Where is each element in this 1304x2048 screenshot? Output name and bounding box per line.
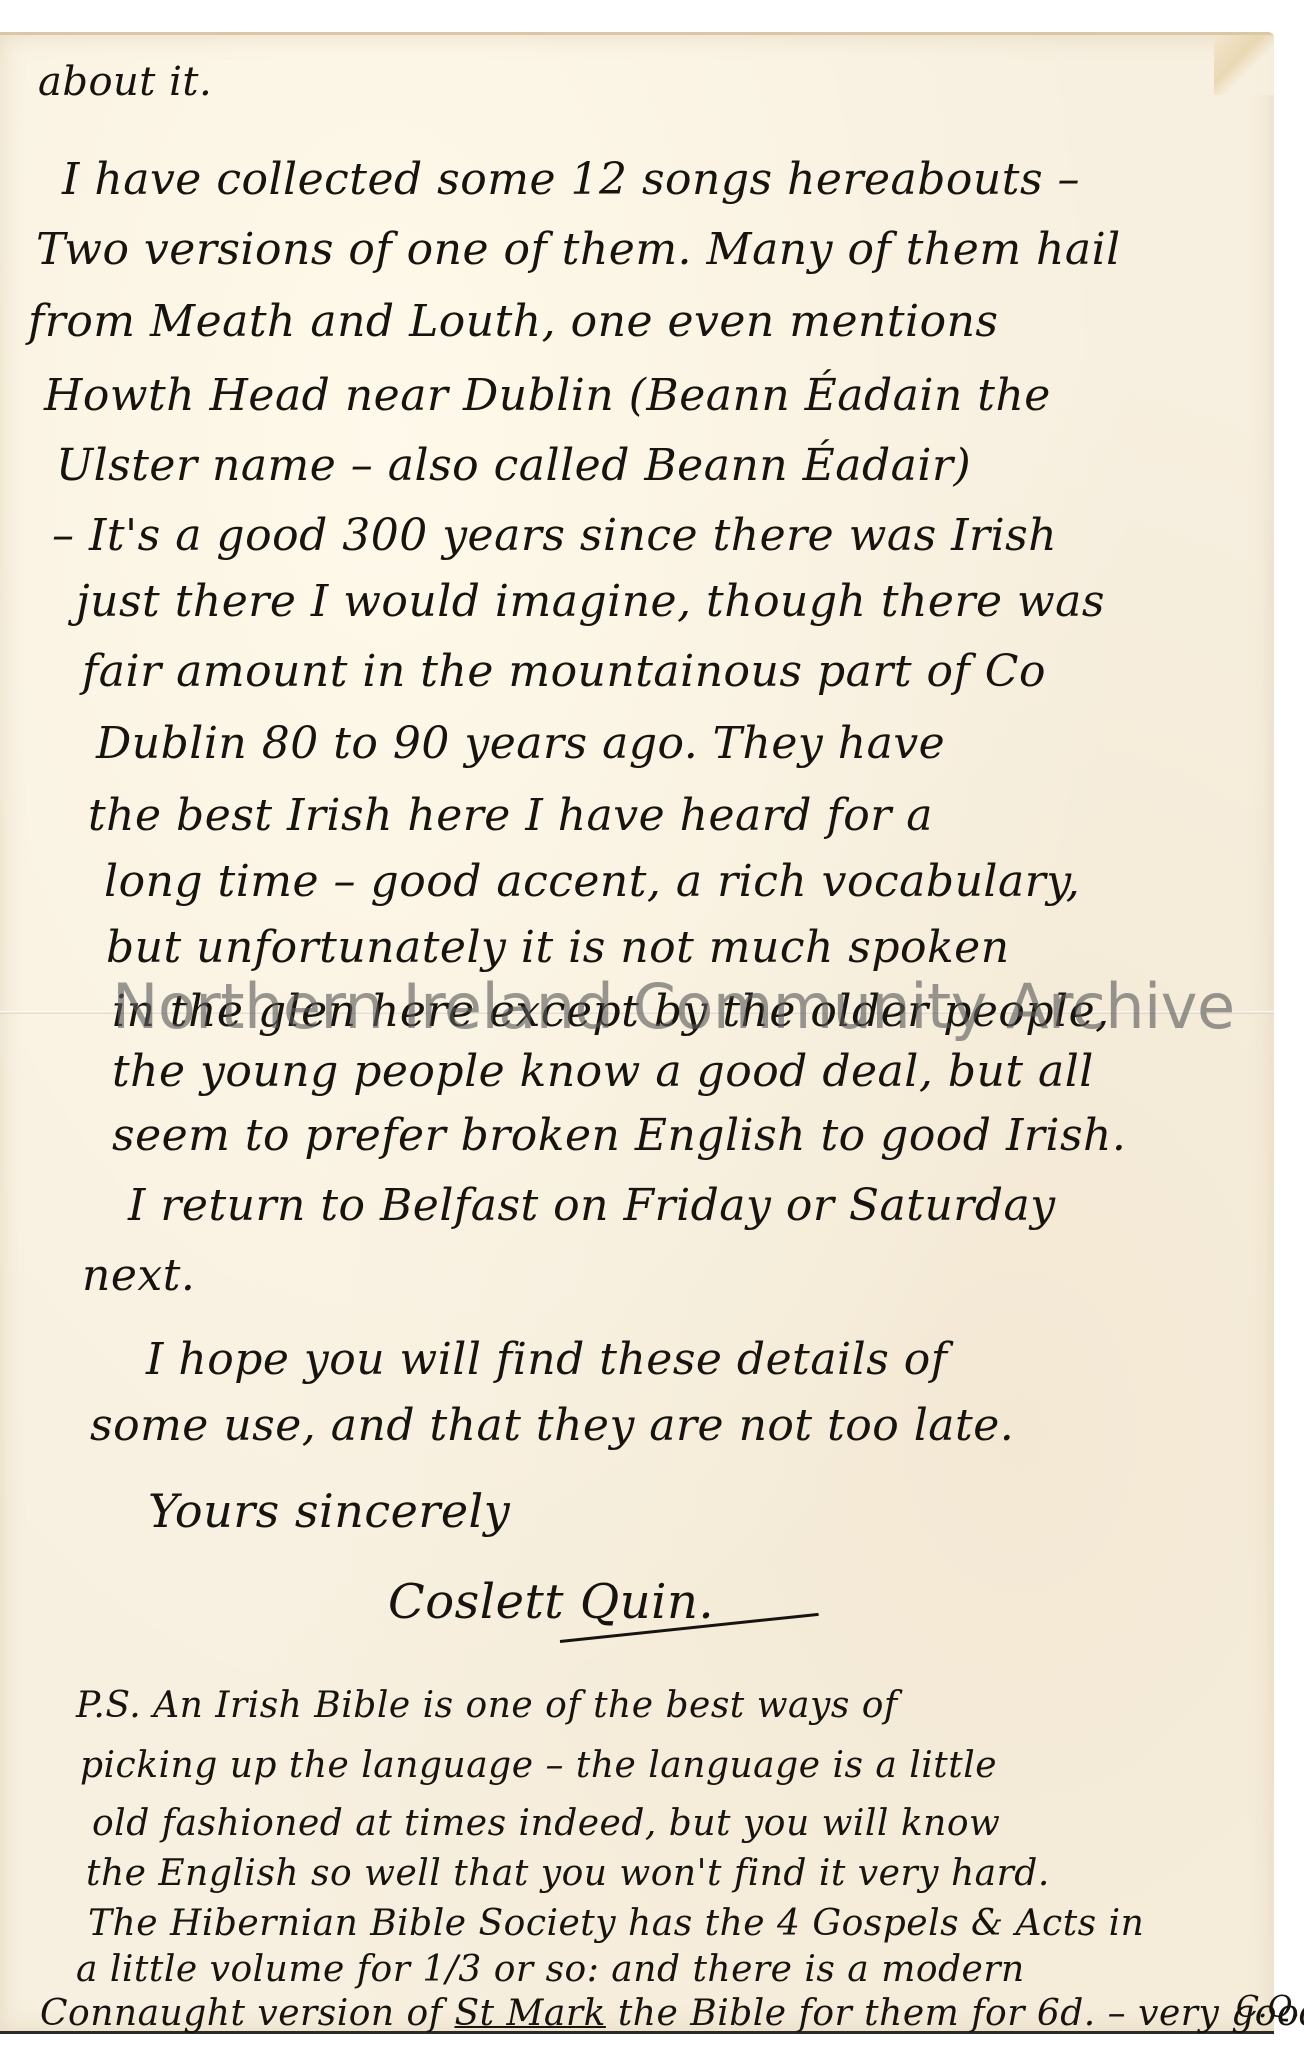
worn-paper-corner <box>1214 35 1274 95</box>
letter-line: Howth Head near Dublin (Beann Éadain the <box>44 374 1051 418</box>
postscript-line: picking up the language – the language i… <box>80 1748 997 1784</box>
letter-line: the best Irish here I have heard for a <box>88 794 933 838</box>
letter-line: long time – good accent, a rich vocabula… <box>104 860 1080 904</box>
letter-line: Two versions of one of them. Many of the… <box>36 228 1121 272</box>
letter-line: just there I would imagine, though there… <box>76 580 1105 624</box>
letter-line: about it. <box>38 62 212 102</box>
letter-line: – It's a good 300 years since there was … <box>52 514 1057 558</box>
letter-line: Ulster name – also called Beann Éadair) <box>56 444 971 488</box>
postscript-line: the English so well that you won't find … <box>86 1856 1050 1892</box>
postscript-line: P.S. An Irish Bible is one of the best w… <box>76 1688 898 1724</box>
postscript-line: The Hibernian Bible Society has the 4 Go… <box>88 1906 1144 1942</box>
initials: C.Q. <box>1236 1990 1300 2025</box>
postscript-line: old fashioned at times indeed, but you w… <box>92 1806 1000 1842</box>
letter-line: some use, and that they are not too late… <box>90 1404 1014 1448</box>
postscript-last-line: Connaught version of St Mark the Bible f… <box>40 1996 1304 2032</box>
letter-line: Dublin 80 to 90 years ago. They have <box>96 722 945 766</box>
letter-line: seem to prefer broken English to good Ir… <box>112 1114 1126 1158</box>
postscript-text: the Bible for them for 6d. – very good <box>606 1993 1304 2034</box>
underlined-st-mark: St Mark <box>454 1993 605 2034</box>
letter-line: I have collected some 12 songs hereabout… <box>62 158 1080 202</box>
postscript-text: Connaught version of <box>40 1993 454 2034</box>
valediction: Yours sincerely <box>148 1488 510 1534</box>
letter-line: the young people know a good deal, but a… <box>112 1050 1094 1094</box>
signature: Coslett Quin. <box>388 1578 714 1626</box>
letter-line: in the glen here except by the older peo… <box>112 990 1110 1034</box>
postscript-line: a little volume for 1/3 or so: and there… <box>76 1952 1025 1988</box>
letter-line: from Meath and Louth, one even mentions <box>28 300 998 344</box>
letter-line: but unfortunately it is not much spoken <box>106 926 1010 970</box>
letter-line: next. <box>82 1254 195 1298</box>
letter-line: I return to Belfast on Friday or Saturda… <box>128 1184 1056 1228</box>
letter-line: I hope you will find these details of <box>146 1338 948 1382</box>
letter-line: fair amount in the mountainous part of C… <box>82 650 1046 694</box>
